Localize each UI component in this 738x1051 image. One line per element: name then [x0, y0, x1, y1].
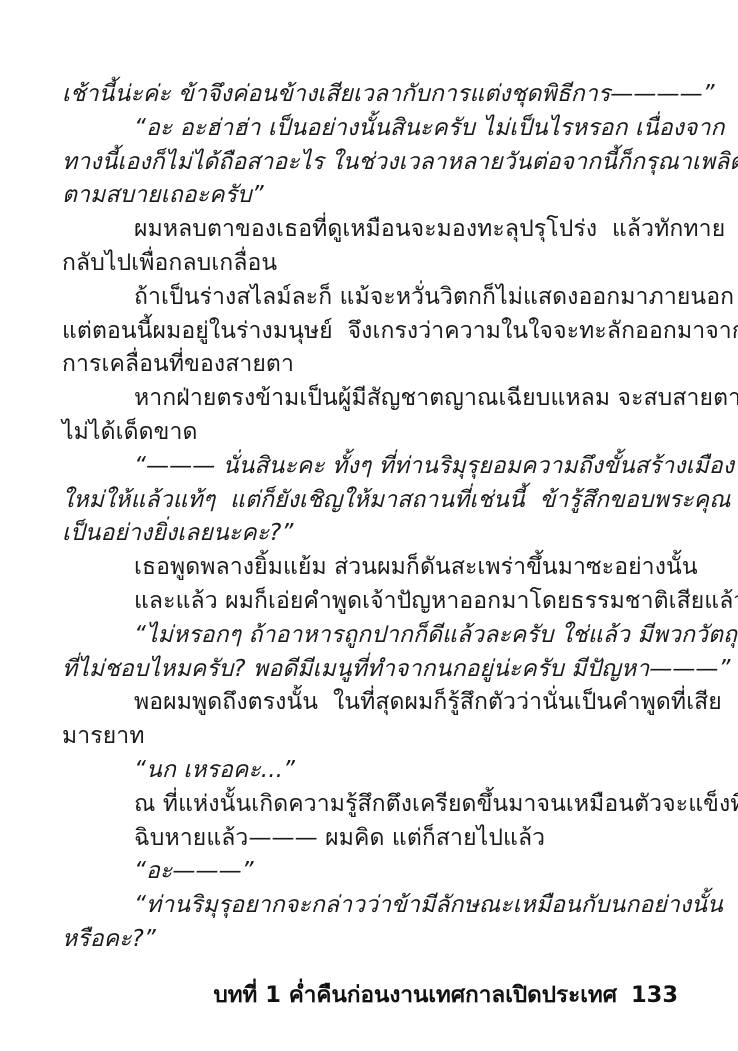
text-line: ไม่ได้เด็ดขาด [62, 416, 678, 450]
text-line: พอผมพูดถึงตรงนั้น ในที่สุดผมก็รู้สึกตัวว… [62, 686, 678, 720]
text-line: เช้านี้น่ะค่ะ ข้าจึงค่อนข้างเสียเวลากับก… [62, 78, 678, 112]
text-line: ผมหลบตาของเธอที่ดูเหมือนจะมองทะลุปรุโปร่… [62, 213, 678, 247]
text-line: “ไม่หรอกๆ ถ้าอาหารถูกปากก็ดีแล้วละครับ ใ… [62, 619, 678, 653]
text-line: “นก เหรอคะ...” [62, 754, 678, 788]
text-line: แต่ตอนนี้ผมอยู่ในร่างมนุษย์ จึงเกรงว่าคว… [62, 315, 678, 349]
text-line: เธอพูดพลางยิ้มแย้ม ส่วนผมก็ดันสะเพร่าขึ้… [62, 551, 678, 585]
text-line: ตามสบายเถอะครับ” [62, 179, 678, 213]
text-line: “——— นั่นสินะคะ ทั้งๆ ที่ท่านริมุรุยอมคว… [62, 450, 678, 484]
text-line: กลับไปเพื่อกลบเกลื่อน [62, 247, 678, 281]
text-line: ใหม่ให้แล้วแท้ๆ แต่ก็ยังเชิญให้มาสถานที่… [62, 484, 678, 518]
page-number: 133 [631, 982, 678, 1008]
page-footer: บทที่ 1 ค่ำคืนก่อนงานเทศกาลเปิดประเทศ133 [62, 950, 678, 1038]
page-text: เช้านี้น่ะค่ะ ข้าจึงค่อนข้างเสียเวลากับก… [62, 78, 678, 957]
text-line: “อะ อะฮ่าฮ่า เป็นอย่างนั้นสินะครับ ไม่เป… [62, 112, 678, 146]
text-line: เป็นอย่างยิ่งเลยนะคะ?” [62, 517, 678, 551]
text-line: “ท่านริมุรุอยากจะกล่าวว่าข้ามีลักษณะเหมื… [62, 889, 678, 923]
text-line: ทางนี้เองก็ไม่ได้ถือสาอะไร ในช่วงเวลาหลา… [62, 146, 678, 180]
text-line: ณ ที่แห่งนั้นเกิดความรู้สึกตึงเครียดขึ้น… [62, 788, 678, 822]
text-line: “อะ———” [62, 855, 678, 889]
text-line: ฉิบหายแล้ว——— ผมคิด แต่ก็สายไปแล้ว [62, 822, 678, 856]
book-page: เช้านี้น่ะค่ะ ข้าจึงค่อนข้างเสียเวลากับก… [0, 0, 738, 1051]
chapter-title: บทที่ 1 ค่ำคืนก่อนงานเทศกาลเปิดประเทศ [213, 982, 617, 1008]
text-line: มารยาท [62, 720, 678, 754]
text-line: ถ้าเป็นร่างสไลม์ละก็ แม้จะหวั่นวิตกก็ไม่… [62, 281, 678, 315]
text-line: ที่ไม่ชอบไหมครับ? พอดีมีเมนูที่ทำจากนกอย… [62, 653, 678, 687]
text-line: และแล้ว ผมก็เอ่ยคำพูดเจ้าปัญหาออกมาโดยธร… [62, 585, 678, 619]
text-line: หากฝ่ายตรงข้ามเป็นผู้มีสัญชาตญาณเฉียบแหล… [62, 382, 678, 416]
text-line: การเคลื่อนที่ของสายตา [62, 348, 678, 382]
